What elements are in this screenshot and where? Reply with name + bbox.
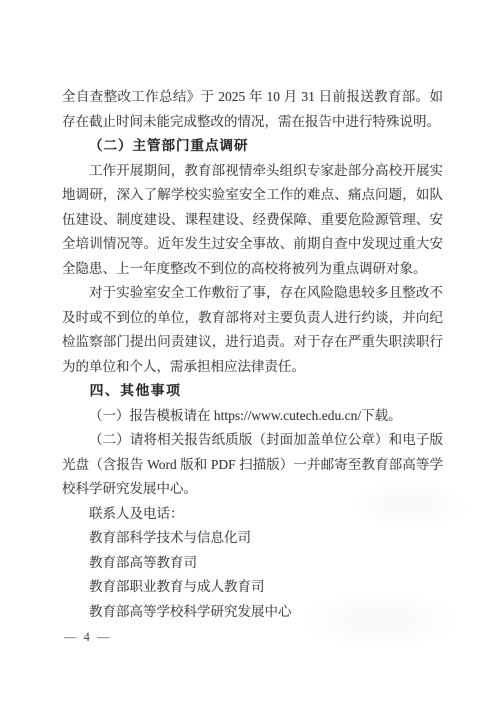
body-line: 检监察部门提出问责建议，进行追责。对于存在严重失职渎职行 (62, 330, 443, 355)
body-line-with-url: （一）报告模板请在 https://www.cutech.edu.cn/下载。 (62, 404, 443, 429)
contact-heading-line: 联系人及电话： (62, 502, 443, 527)
body-line: 全培训情况等。近年发生过安全事故、前期自查中发现过重大安 (62, 232, 443, 257)
section-heading-4: 四、其他事项 (62, 379, 443, 404)
page-number: — 4 — (62, 625, 443, 650)
body-line: 校科学研究发展中心。 (62, 477, 443, 502)
body-line: 伍建设、制度建设、课程建设、经费保障、重要危险源管理、安 (62, 208, 443, 233)
body-line: 对于实验室安全工作敷衍了事，存在风险隐患较多且整改不 (62, 281, 443, 306)
body-line: 工作开展期间，教育部视情牵头组织专家赴部分高校开展实 (62, 159, 443, 184)
contact-line: 教育部高等教育司 (62, 551, 443, 576)
body-line: 及时或不到位的单位，教育部将对主要负责人进行约谈，并向纪 (62, 306, 443, 331)
body-line: 全隐患、上一年度整改不到位的高校将被列为重点调研对象。 (62, 257, 443, 282)
contact-line: 教育部科学技术与信息化司 (62, 526, 443, 551)
contact-line: 教育部职业教育与成人教育司 (62, 575, 443, 600)
body-line: 存在截止时间未能完成整改的情况，需在报告中进行特殊说明。 (62, 110, 443, 135)
document-text-block: 全自查整改工作总结》于 2025 年 10 月 31 日前报送教育部。如 存在截… (62, 85, 443, 650)
body-line: 全自查整改工作总结》于 2025 年 10 月 31 日前报送教育部。如 (62, 85, 443, 110)
document-page: 全自查整改工作总结》于 2025 年 10 月 31 日前报送教育部。如 存在截… (0, 0, 500, 707)
body-line: （二）请将相关报告纸质版（封面加盖单位公章）和电子版 (62, 428, 443, 453)
section-heading-2: （二）主管部门重点调研 (62, 134, 443, 159)
body-line: 光盘（含报告 Word 版和 PDF 扫描版）一并邮寄至教育部高等学 (62, 453, 443, 478)
body-line: 为的单位和个人，需承担相应法律责任。 (62, 355, 443, 380)
body-line: 地调研，深入了解学校实验室安全工作的难点、痛点问题，如队 (62, 183, 443, 208)
contact-line: 教育部高等学校科学研究发展中心 (62, 600, 443, 625)
